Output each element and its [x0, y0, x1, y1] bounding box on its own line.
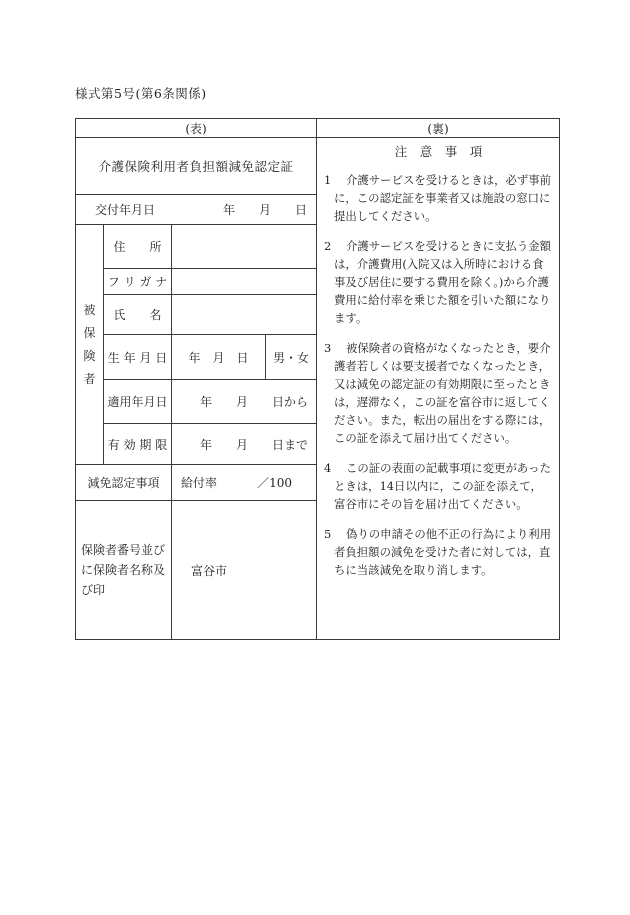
issue-date-value: 年 月 日: [223, 201, 307, 218]
expiry-date-label: 有 効 期 限: [104, 424, 172, 464]
furigana-row: フ リ ガ ナ: [104, 269, 316, 295]
note-item-3: 3 被保険者の資格がなくなったとき，要介護者若しくは要支援者でなくなったとき，又…: [324, 339, 553, 447]
birthdate-row: 生 年 月 日 年 月 日 男・女: [104, 335, 316, 380]
reduction-value-cell: 給付率 ／100: [172, 465, 316, 500]
note-text: 偽りの申請その他不正の行為により利用者負担額の減免を受けた者に対しては，直ちに当…: [334, 525, 553, 579]
note-number: 5: [324, 525, 331, 543]
note-number: 4: [324, 459, 331, 477]
back-side-label: (裏): [427, 120, 448, 137]
notes-title: 注 意 事 項: [324, 143, 553, 161]
expiry-date-value: 年 月 日まで: [172, 424, 316, 464]
name-label: 氏 名: [104, 295, 172, 334]
document-page: 様式第5号(第6条関係) (表) 介護保険利用者負担額減免認定証 交付年月日 年…: [0, 0, 630, 915]
notes-section: 注 意 事 項 1 介護サービスを受けるときは，必ず事前に，この認定証を事業者又…: [317, 138, 559, 639]
note-text: 介護サービスを受けるときは，必ず事前に，この認定証を事業者又は施設の窓口に提出し…: [334, 171, 553, 225]
note-text: この証の表面の記載事項に変更があったときは，14日以内に，この証を添えて，富谷市…: [334, 459, 553, 513]
name-row: 氏 名: [104, 295, 316, 335]
note-text: 介護サービスを受けるときに支払う金額は，介護費用(入院又は入所時における食事及び…: [334, 237, 553, 327]
application-date-value: 年 月 日から: [172, 380, 316, 423]
application-date-label: 適用年月日: [104, 380, 172, 423]
insurer-label: 保険者番号並びに保険者名称及び印: [76, 501, 172, 639]
address-field: [172, 225, 316, 268]
issue-date-row: 交付年月日 年 月 日: [76, 195, 316, 225]
note-item-1: 1 介護サービスを受けるときは，必ず事前に，この認定証を事業者又は施設の窓口に提…: [324, 171, 553, 225]
back-panel: (裏) 注 意 事 項 1 介護サービスを受けるときは，必ず事前に，この認定証を…: [317, 119, 559, 639]
reduction-certification-row: 減免認定事項 給付率 ／100: [76, 465, 316, 501]
issue-date-label: 交付年月日: [95, 201, 155, 218]
note-number: 1: [324, 171, 331, 189]
insured-group-label-cell: 被保険者: [76, 225, 104, 464]
birthdate-value: 年 月 日: [172, 335, 266, 379]
application-date-row: 適用年月日 年 月 日から: [104, 380, 316, 424]
insured-rows: 住 所 フ リ ガ ナ 氏 名 生 年 月 日 年 月 日: [104, 225, 316, 464]
furigana-field: [172, 269, 316, 294]
insurer-name: 富谷市: [172, 501, 316, 639]
note-number: 2: [324, 237, 331, 255]
furigana-label: フ リ ガ ナ: [104, 269, 172, 294]
back-side-header: (裏): [317, 119, 559, 138]
address-row: 住 所: [104, 225, 316, 269]
expiry-date-row: 有 効 期 限 年 月 日まで: [104, 424, 316, 464]
note-item-5: 5 偽りの申請その他不正の行為により利用者負担額の減免を受けた者に対しては，直ち…: [324, 525, 553, 579]
note-text: 被保険者の資格がなくなったとき，要介護者若しくは要支援者でなくなったとき，又は減…: [334, 339, 553, 447]
note-number: 3: [324, 339, 331, 357]
reduction-certification-label: 減免認定事項: [76, 465, 172, 500]
birthdate-label: 生 年 月 日: [104, 335, 172, 379]
certificate-title-row: 介護保険利用者負担額減免認定証: [76, 138, 316, 195]
sex-options: 男・女: [266, 335, 316, 379]
note-item-4: 4 この証の表面の記載事項に変更があったときは，14日以内に，この証を添えて，富…: [324, 459, 553, 513]
insurer-row: 保険者番号並びに保険者名称及び印 富谷市: [76, 501, 316, 639]
address-label: 住 所: [104, 225, 172, 268]
certificate-title: 介護保険利用者負担額減免認定証: [98, 157, 293, 175]
note-item-2: 2 介護サービスを受けるときに支払う金額は，介護費用(入院又は入所時における食事…: [324, 237, 553, 327]
insured-group-label: 被保険者: [83, 299, 97, 391]
certificate-table: (表) 介護保険利用者負担額減免認定証 交付年月日 年 月 日 被保険者 住 所: [75, 118, 560, 640]
benefit-rate-value: ／100: [257, 474, 292, 491]
front-panel: (表) 介護保険利用者負担額減免認定証 交付年月日 年 月 日 被保険者 住 所: [76, 119, 317, 639]
name-field: [172, 295, 316, 334]
benefit-rate-label: 給付率: [181, 474, 217, 491]
front-side-header: (表): [76, 119, 316, 138]
form-number: 様式第5号(第6条関係): [75, 84, 207, 102]
insured-person-section: 被保険者 住 所 フ リ ガ ナ 氏 名: [76, 225, 316, 465]
front-side-label: (表): [185, 120, 206, 137]
